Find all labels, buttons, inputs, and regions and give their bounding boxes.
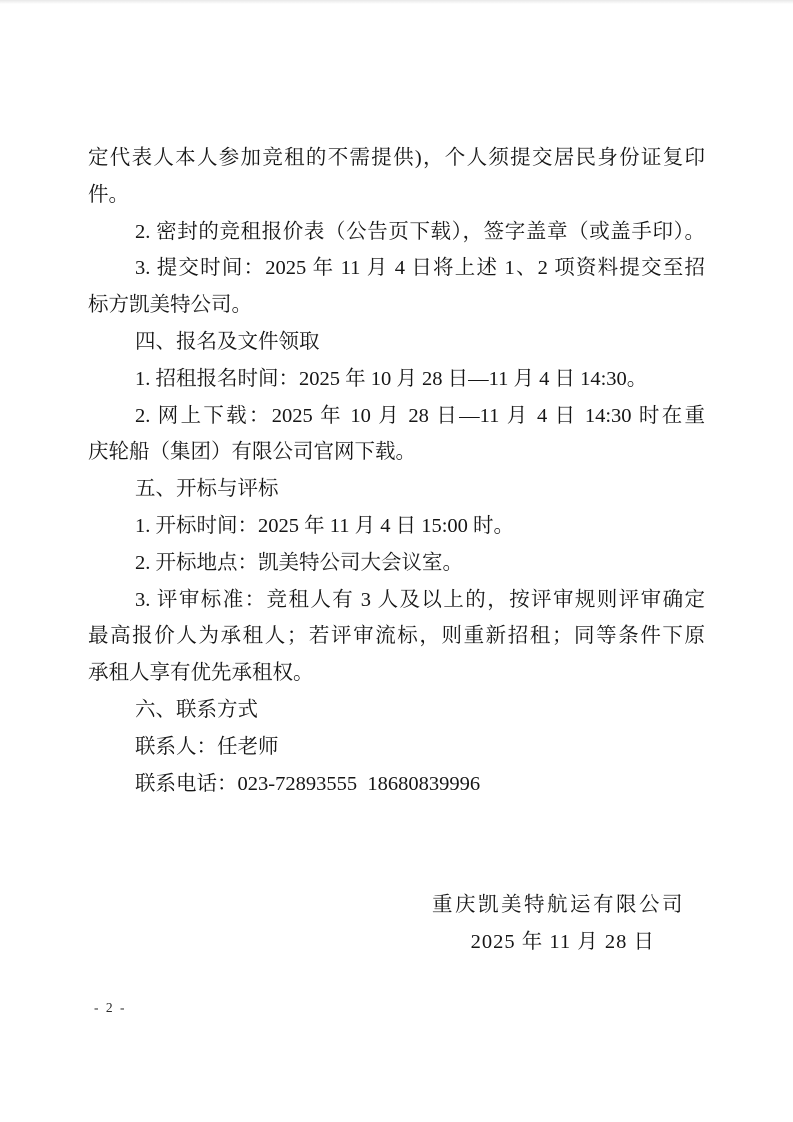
document-line-item-online-download: 2. 网上下载：2025 年 10 月 28 日—11 月 4 日 14:30 …	[88, 398, 705, 435]
section-heading-registration: 四、报名及文件领取	[88, 324, 705, 361]
section-heading-contact: 六、联系方式	[88, 692, 705, 729]
signature-company-name: 重庆凯美特航运有限公司	[88, 887, 705, 924]
document-line-item-opening-time: 1. 开标时间：2025 年 11 月 4 日 15:00 时。	[88, 508, 705, 545]
document-line-item-submit-time: 3. 提交时间：2025 年 11 月 4 日将上述 1、2 项资料提交至招	[88, 250, 705, 287]
document-page: 定代表人本人参加竞租的不需提供)，个人须提交居民身份证复印 件。 2. 密封的竞…	[0, 0, 793, 1122]
document-line-legal-rep-continuation: 定代表人本人参加竞租的不需提供)，个人须提交居民身份证复印	[88, 140, 705, 177]
document-line-item-signup-time: 1. 招租报名时间：2025 年 10 月 28 日—11 月 4 日 14:3…	[88, 361, 705, 398]
section-heading-bid-opening: 五、开标与评标	[88, 471, 705, 508]
document-body: 定代表人本人参加竞租的不需提供)，个人须提交居民身份证复印 件。 2. 密封的竞…	[88, 140, 705, 961]
document-line-item-sealed-quote: 2. 密封的竞租报价表（公告页下载），签字盖章（或盖手印）。	[88, 214, 705, 251]
document-line-contact-person: 联系人：任老师	[88, 729, 705, 766]
document-line-continuation: 最高报价人为承租人；若评审流标，则重新招租；同等条件下原	[88, 618, 705, 655]
page-number: - 2 -	[94, 1000, 127, 1016]
document-line-contact-phone: 联系电话：023-72893555 18680839996	[88, 766, 705, 803]
document-line-continuation: 件。	[88, 177, 705, 214]
signature-date: 2025 年 11 月 28 日	[88, 924, 705, 961]
document-line-continuation: 承租人享有优先承租权。	[88, 655, 705, 692]
document-line-item-review-standard: 3. 评审标准：竞租人有 3 人及以上的，按评审规则评审确定	[88, 582, 705, 619]
document-line-item-opening-place: 2. 开标地点：凯美特公司大会议室。	[88, 545, 705, 582]
signature-block: 重庆凯美特航运有限公司 2025 年 11 月 28 日	[88, 887, 705, 961]
document-line-continuation: 标方凯美特公司。	[88, 287, 705, 324]
page-top-edge	[0, 0, 793, 4]
document-line-continuation: 庆轮船（集团）有限公司官网下载。	[88, 434, 705, 471]
